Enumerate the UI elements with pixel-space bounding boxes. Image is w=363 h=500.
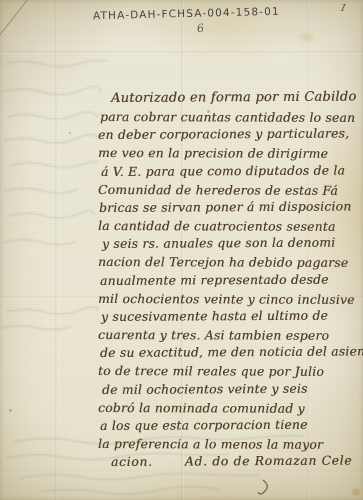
document-page: ATHA-DAH-FCHSA-004-158-01 6 1 Autorizado… bbox=[0, 0, 363, 500]
corner-mark: 1 bbox=[339, 2, 348, 14]
manuscript-line: to de trece mil reales que por Julio bbox=[98, 362, 363, 381]
manuscript-line: de su exactitud, me den noticia del asie… bbox=[100, 343, 363, 363]
manuscript-line: y seis rs. anuales que son la denomi bbox=[102, 234, 363, 254]
stain bbox=[300, 33, 314, 41]
manuscript-line: de mil ochocientos veinte y seis bbox=[102, 379, 363, 399]
corner-crease bbox=[0, 0, 35, 38]
code-annotation-mark: 6 bbox=[196, 21, 205, 35]
manuscript-line: Autorizado en forma por mi Cabildo bbox=[111, 88, 363, 108]
stain bbox=[9, 409, 12, 412]
fold-crease-vertical bbox=[55, 0, 58, 500]
manuscript-line: y sucesivamente hasta el ultimo de bbox=[101, 306, 363, 326]
manuscript-line: bricas se sirvan poner á mi disposicion bbox=[99, 197, 363, 217]
manuscript-line: en deber corporaciones y particulares, bbox=[98, 125, 363, 145]
manuscript-body: Autorizado en forma por mi Cabildo para … bbox=[98, 90, 363, 471]
manuscript-line: anualmente mi representado desde bbox=[100, 270, 363, 290]
stain bbox=[69, 132, 71, 134]
ink-mark bbox=[258, 480, 267, 494]
manuscript-signature-line: acion. Ad. do de Romazan Cele bbox=[111, 452, 363, 472]
fold-crease-horizontal bbox=[0, 51, 363, 54]
archival-code: ATHA-DAH-FCHSA-004-158-01 bbox=[93, 6, 280, 23]
manuscript-line: nacion del Tercejon ha debido pagarse bbox=[98, 253, 363, 272]
manuscript-line: á V. E. para que como diputados de la bbox=[101, 161, 363, 181]
stain bbox=[352, 488, 360, 496]
manuscript-line: a los que esta corporacion tiene bbox=[100, 415, 363, 435]
